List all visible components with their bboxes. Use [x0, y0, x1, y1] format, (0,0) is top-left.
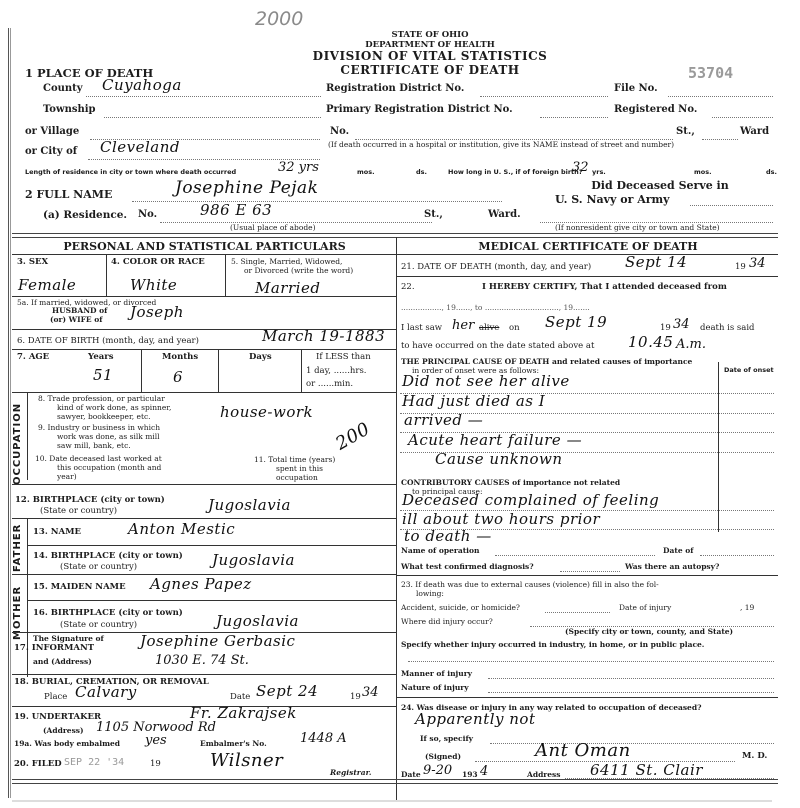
residence-ward-label: Ward.	[488, 209, 521, 220]
months-label: Months	[162, 352, 198, 362]
rule	[141, 349, 142, 392]
cause-label-1: THE PRINCIPAL CAUSE OF DEATH and related…	[401, 357, 692, 366]
rule	[12, 349, 396, 350]
industry-label-2: work was done, as silk mill	[57, 432, 160, 441]
occupation-related-value: Apparently not	[415, 710, 535, 728]
date-onset-label: Date of onset	[724, 366, 774, 374]
county-line	[86, 96, 321, 97]
if-so-label: If so, specify	[420, 734, 473, 743]
ds-label: ds.	[416, 168, 427, 176]
onset-column-rule	[718, 362, 719, 532]
last-saw-year-prefix: 19	[660, 323, 671, 333]
manner-label: Manner of injury	[401, 669, 472, 678]
rule	[218, 349, 219, 392]
informant-value: Josephine Gerbasic	[140, 632, 295, 650]
birthplace-sub: (State or country)	[40, 506, 117, 516]
contrib-line-1: Deceased complained of feeling	[402, 491, 659, 509]
last-worked-label-3: year)	[57, 472, 77, 481]
dob-label: 6. DATE OF BIRTH (month, day, and year)	[17, 336, 199, 346]
years-label: Years	[88, 352, 114, 362]
mother-bp-value: Jugoslavia	[216, 612, 299, 630]
nature-label: Nature of injury	[401, 683, 469, 692]
contrib-line-3: to death —	[404, 527, 492, 545]
test-label: What test confirmed diagnosis?	[401, 562, 534, 571]
age-label: 7. AGE	[17, 352, 49, 362]
injury-year-label: , 19	[740, 603, 754, 612]
residence-value: 986 E 63	[200, 201, 272, 219]
certificate-title: CERTIFICATE OF DEATH	[280, 63, 580, 77]
us-length-value: 32	[572, 160, 589, 175]
certify-number: 22.	[401, 282, 415, 292]
division-title: DIVISION OF VITAL STATISTICS	[280, 49, 580, 63]
informant-label-2: 17. INFORMANT	[14, 643, 94, 653]
residence-label: (a) Residence.	[43, 209, 127, 221]
cause-line-5: Cause unknown	[435, 450, 563, 468]
registrar-label: Registrar.	[330, 768, 371, 777]
embalmed-label: 19a. Was body embalmed	[14, 739, 120, 748]
spouse-label-3: (or) WIFE of	[50, 315, 102, 324]
rule	[396, 575, 778, 576]
last-saw-year-value: 34	[673, 317, 690, 332]
rule	[301, 349, 302, 392]
external-label-2: lowing:	[416, 589, 444, 598]
cert-date-label: Date	[401, 770, 421, 779]
days-label: Days	[249, 352, 272, 362]
us-ds-label: ds.	[766, 168, 777, 176]
embalmed-value: yes	[145, 733, 167, 748]
where-label: Where did injury occur?	[401, 617, 493, 626]
autopsy-label: Was there an autopsy?	[625, 562, 719, 571]
no-label: No.	[330, 126, 349, 137]
rule	[27, 518, 28, 677]
embalmer-label: Embalmer's No.	[200, 739, 267, 748]
cert-year-prefix: 193	[462, 770, 478, 779]
less-label-1: If LESS than	[316, 352, 371, 362]
full-name-label: 2 FULL NAME	[25, 188, 112, 201]
time-value: 10.45	[628, 333, 673, 351]
county-value: Cuyahoga	[102, 76, 182, 94]
race-value: White	[130, 276, 177, 294]
marital-label-2: or Divorced (write the word)	[244, 266, 353, 275]
rule	[12, 254, 396, 255]
cert-address-label: Address	[527, 770, 560, 779]
cause-line-3: arrived —	[404, 411, 483, 429]
maiden-value: Agnes Papez	[150, 575, 252, 593]
burial-year-value: 34	[362, 685, 379, 700]
city-value: Cleveland	[100, 138, 180, 156]
father-bp-sub: (State or country)	[60, 562, 137, 572]
filed-label: 20. FILED	[14, 759, 62, 769]
physician-signature: Ant Oman	[535, 740, 631, 761]
occurred-label: to have occurred on the date stated abov…	[401, 341, 594, 351]
reg-district-line	[480, 96, 608, 97]
specify-line	[408, 661, 774, 662]
dod-year-prefix: 19	[735, 262, 746, 272]
hospital-note: (If death occurred in a hospital or inst…	[328, 140, 674, 149]
father-bp-value: Jugoslavia	[212, 551, 295, 569]
cert-year-value: 4	[480, 764, 488, 779]
years-value: 51	[93, 366, 113, 384]
industry-label-1: 9. Industry or business in which	[38, 423, 160, 432]
rule	[12, 674, 396, 675]
ward-label: Ward	[740, 126, 769, 137]
trade-value: house-work	[220, 403, 313, 421]
city-label: or City of	[25, 146, 77, 157]
manner-line	[488, 678, 774, 679]
medical-heading: MEDICAL CERTIFICATE OF DEATH	[398, 240, 778, 253]
less-label-2: 1 day, ......hrs.	[306, 366, 367, 376]
mother-bp-sub: (State or country)	[60, 620, 137, 630]
last-worked-label-1: 10. Date deceased last worked at	[35, 454, 162, 463]
township-label: Township	[43, 104, 96, 115]
trade-label-2: kind of work done, as spinner,	[57, 403, 171, 412]
cause-line-2: Had just died as I	[402, 392, 545, 410]
dod-year-value: 34	[749, 256, 766, 271]
registered-no-line	[712, 117, 773, 118]
attended-from-to: ................., 19......, to ........…	[401, 303, 590, 312]
left-border-inner	[10, 28, 11, 798]
residence-st-label: St.,	[424, 209, 443, 220]
ward-line	[702, 139, 738, 140]
rule	[396, 697, 778, 698]
certificate-stamp-number: 53704	[688, 64, 733, 82]
rule	[225, 254, 226, 296]
alive-struck: alive	[479, 323, 499, 333]
if-so-line	[490, 743, 774, 744]
last-saw-pronoun: her	[452, 318, 474, 333]
primary-reg-line	[540, 117, 608, 118]
bottom-rule	[12, 779, 778, 784]
father-side-label: FATHER	[12, 524, 23, 572]
marital-value: Married	[255, 279, 320, 297]
father-name-value: Anton Mestic	[128, 520, 235, 538]
full-name-line	[132, 201, 502, 202]
registrar-signature: Wilsner	[210, 750, 283, 771]
last-saw-label: I last saw	[401, 323, 442, 333]
county-label: County	[43, 83, 83, 94]
contrib-line-2: ill about two hours prior	[402, 510, 600, 528]
st-label: St.,	[676, 126, 695, 137]
total-time-label-2: spent in this	[276, 464, 323, 473]
personal-heading: PERSONAL AND STATISTICAL PARTICULARS	[12, 240, 397, 253]
informant-address: 1030 E. 74 St.	[155, 653, 249, 668]
less-label-3: or ......min.	[306, 379, 353, 389]
left-border	[8, 28, 9, 798]
cause-line-4: Acute heart failure —	[408, 431, 582, 449]
burial-date-label: Date	[230, 692, 250, 702]
cert-date-value: 9-20	[423, 763, 452, 778]
undertaker-label: 19. UNDERTAKER	[14, 712, 101, 722]
total-time-label-1: 11. Total time (years)	[254, 455, 335, 464]
dod-value: Sept 14	[625, 253, 687, 271]
file-no-line	[668, 96, 773, 97]
abode-note: (Usual place of abode)	[230, 223, 316, 232]
accident-label: Accident, suicide, or homicide?	[401, 603, 520, 612]
rule	[27, 545, 396, 546]
rule	[12, 518, 396, 519]
scan-artifact	[12, 800, 772, 802]
rule	[12, 392, 396, 393]
burial-place-value: Calvary	[75, 683, 137, 701]
township-line	[104, 117, 321, 118]
burial-date-value: Sept 24	[256, 682, 318, 700]
occupation-side-label: OCCUPATION	[12, 403, 23, 485]
injury-date-label: Date of injury	[619, 603, 671, 612]
birthplace-label: 12. BIRTHPLACE (city or town)	[15, 495, 165, 505]
nonresident-note: (If nonresident give city or town and St…	[555, 223, 720, 232]
rule	[27, 392, 28, 480]
residence-length-value: 32 yrs	[278, 160, 319, 175]
state-title: STATE OF OHIO	[300, 30, 560, 40]
test-line	[560, 571, 620, 572]
signed-label: (Signed)	[425, 752, 461, 761]
total-time-label-3: occupation	[276, 473, 318, 482]
mother-bp-label: 16. BIRTHPLACE (city or town)	[33, 608, 183, 618]
contrib-label-1: CONTRIBUTORY CAUSES of importance not re…	[401, 478, 620, 487]
pencil-annotation: 200	[332, 418, 374, 454]
pencil-note: 2000	[255, 8, 303, 30]
operation-date-label: Date of	[663, 546, 693, 555]
embalmer-value: 1448 A	[300, 731, 347, 746]
last-saw-value: Sept 19	[545, 313, 607, 331]
filed-stamp: SEP 22 '34	[64, 757, 124, 768]
village-label: or Village	[25, 126, 79, 137]
us-length-label: How long in U. S., if of foreign birth?	[448, 168, 583, 176]
file-no-label: File No.	[614, 83, 658, 94]
father-name-label: 13. NAME	[33, 527, 81, 537]
place-label: Place	[44, 692, 67, 702]
on-label: on	[509, 323, 520, 333]
nature-line	[488, 692, 774, 693]
section-divider	[12, 233, 778, 238]
operation-label: Name of operation	[401, 546, 479, 555]
cert-address-value: 6411 St. Clair	[590, 761, 703, 779]
rule	[396, 254, 778, 255]
sex-value: Female	[18, 276, 76, 294]
informant-label-1: The Signature of	[33, 634, 104, 643]
marital-label-1: 5. Single, Married, Widowed,	[231, 257, 342, 266]
registered-no-label: Registered No.	[614, 104, 697, 115]
maiden-label: 15. MAIDEN NAME	[33, 582, 126, 592]
dob-value: March 19-1883	[262, 327, 385, 345]
rule	[396, 276, 778, 277]
spouse-value: Joseph	[130, 303, 184, 321]
burial-year-prefix: 19	[350, 692, 361, 702]
mos-label: mos.	[357, 168, 375, 176]
operation-date-line	[700, 555, 774, 556]
rule	[27, 600, 396, 601]
industry-label-3: saw mill, bank, etc.	[57, 441, 131, 450]
md-label: M. D.	[742, 751, 767, 761]
dod-label: 21. DATE OF DEATH (month, day, and year)	[401, 262, 591, 272]
us-mos-label: mos.	[694, 168, 712, 176]
rule	[106, 254, 107, 296]
certify-label: I HEREBY CERTIFY, That I attended deceas…	[482, 282, 727, 292]
yrs-label: yrs.	[592, 168, 606, 176]
residence-no-label: No.	[138, 209, 157, 220]
months-value: 6	[173, 368, 183, 386]
navy-label-1: Did Deceased Serve in	[560, 179, 760, 192]
trade-label-3: sawyer, bookkeeper, etc.	[57, 412, 151, 421]
race-label: 4. COLOR OR RACE	[111, 257, 205, 267]
rule	[12, 484, 396, 485]
residence-length-label: Length of residence in city or town wher…	[25, 168, 236, 176]
birthplace-value: Jugoslavia	[208, 496, 291, 514]
reg-district-label: Registration District No.	[326, 83, 464, 94]
death-said-label: death is said	[700, 323, 755, 333]
filed-year-label: 19	[150, 759, 161, 769]
accident-line	[545, 612, 610, 613]
external-label-1: 23. If death was due to external causes …	[401, 580, 659, 589]
father-bp-label: 14. BIRTHPLACE (city or town)	[33, 551, 183, 561]
column-divider	[396, 237, 397, 801]
informant-label-3: and (Address)	[33, 657, 92, 666]
spouse-label-2: HUSBAND of	[52, 306, 107, 315]
navy-line	[690, 205, 773, 206]
cause-line-1: Did not see her alive	[402, 372, 570, 390]
primary-reg-label: Primary Registration District No.	[326, 104, 513, 115]
last-worked-label-2: this occupation (month and	[57, 463, 161, 472]
undertaker-address-label: (Address)	[43, 726, 84, 735]
operation-line	[495, 555, 655, 556]
navy-label-2: U. S. Navy or Army	[555, 193, 670, 206]
full-name-value: Josephine Pejak	[175, 178, 318, 198]
where-note: (Specify city or town, county, and State…	[565, 627, 733, 636]
specify-label: Specify whether injury occurred in indus…	[401, 640, 704, 649]
rule	[12, 296, 396, 297]
time-suffix: A.m.	[676, 337, 706, 352]
trade-label-1: 8. Trade profession, or particular	[38, 394, 165, 403]
sex-label: 3. SEX	[17, 257, 48, 267]
